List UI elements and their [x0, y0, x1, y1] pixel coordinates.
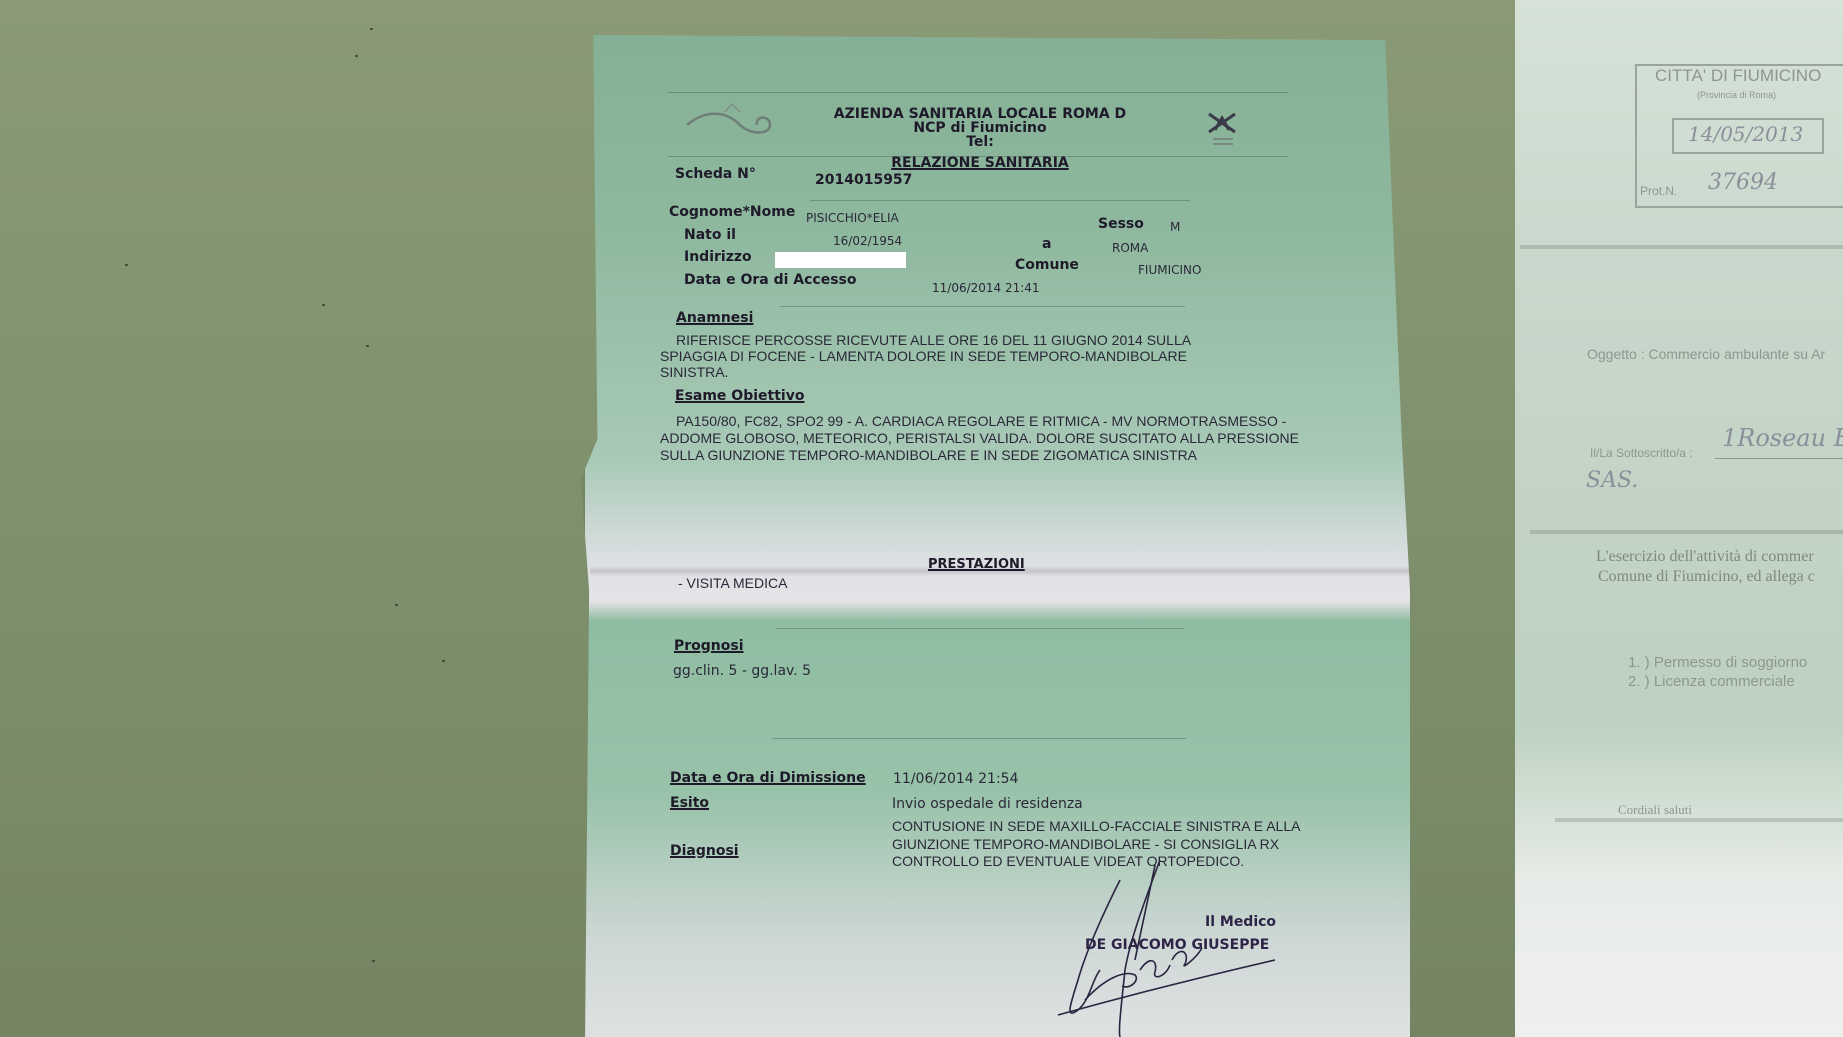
born-at-label: a	[1042, 236, 1051, 252]
born-label: Nato il	[684, 227, 736, 243]
access-datetime: 11/06/2014 21:41	[932, 281, 1040, 295]
scheda-number: 2014015957	[815, 172, 912, 188]
patient-name: PISICCHIO*ELIA	[806, 211, 899, 225]
stamp-prot-value: 37694	[1708, 170, 1778, 195]
patient-comune: FIUMICINO	[1138, 263, 1201, 277]
access-label: Data e Ora di Accesso	[684, 272, 856, 288]
anamnesi-label: Anamnesi	[676, 310, 753, 326]
side-closing: Cordiali saluti	[1618, 802, 1692, 818]
comune-label: Comune	[1015, 257, 1079, 273]
patient-birthdate: 16/02/1954	[833, 234, 902, 248]
side-doc-edge	[1555, 818, 1843, 822]
esame-label: Esame Obiettivo	[675, 388, 804, 404]
dimissione-datetime: 11/06/2014 21:54	[893, 771, 1019, 787]
address-label: Indirizzo	[684, 249, 752, 265]
prestazione-item: - VISITA MEDICA	[678, 575, 787, 591]
scheda-label: Scheda N°	[675, 166, 756, 182]
esito-value: Invio ospedale di residenza	[892, 796, 1083, 812]
stamp-prot-label: Prot.N.	[1640, 184, 1677, 198]
name-label: Cognome*Nome	[669, 204, 795, 220]
sas-handwriting: SAS.	[1586, 468, 1638, 493]
prognosi-text: gg.clin. 5 - gg.lav. 5	[673, 663, 811, 679]
stamp-date: 14/05/2013	[1688, 122, 1803, 146]
side-paragraph-2: Comune di Fiumicino, ed allega c	[1598, 568, 1815, 586]
stamp-subtitle: (Provincia di Roma)	[1697, 90, 1776, 100]
prognosi-label: Prognosi	[674, 638, 744, 654]
prestazioni-label: PRESTAZIONI	[928, 557, 1025, 572]
esame-text: PA150/80, FC82, SPO2 99 - A. CARDIACA RE…	[660, 413, 1300, 464]
side-list-item: 1. ) Permesso di soggiorno	[1628, 654, 1807, 671]
esito-label: Esito	[670, 795, 709, 811]
tel-label: Tel:	[760, 134, 1200, 150]
diagnosi-label: Diagnosi	[670, 843, 739, 859]
anamnesi-text: RIFERISCE PERCOSSE RICEVUTE ALLE ORE 16 …	[660, 332, 1240, 380]
emblem-logo-icon	[1205, 110, 1241, 154]
patient-sex: M	[1170, 220, 1180, 234]
sottoscritto-value: 1Roseau E	[1722, 424, 1843, 452]
sex-label: Sesso	[1098, 216, 1144, 232]
side-doc-edge	[1520, 245, 1843, 249]
doctor-signature-icon	[1030, 860, 1290, 1037]
side-doc-edge	[1530, 530, 1843, 534]
stamp-title: CITTA' DI FIUMICINO	[1655, 66, 1821, 86]
redacted-address	[775, 252, 906, 268]
sottoscritto-label: Il/La Sottoscritto/a :	[1590, 446, 1693, 460]
patient-birthplace: ROMA	[1112, 241, 1148, 255]
side-paragraph-1: L'esercizio dell'attività di commer	[1596, 548, 1814, 566]
side-list-item: 2. ) Licenza commerciale	[1628, 673, 1795, 690]
report-title: RELAZIONE SANITARIA	[760, 155, 1200, 171]
dimissione-label: Data e Ora di Dimissione	[670, 770, 866, 786]
oggetto-line: Oggetto : Commercio ambulante su Ar	[1587, 346, 1825, 362]
